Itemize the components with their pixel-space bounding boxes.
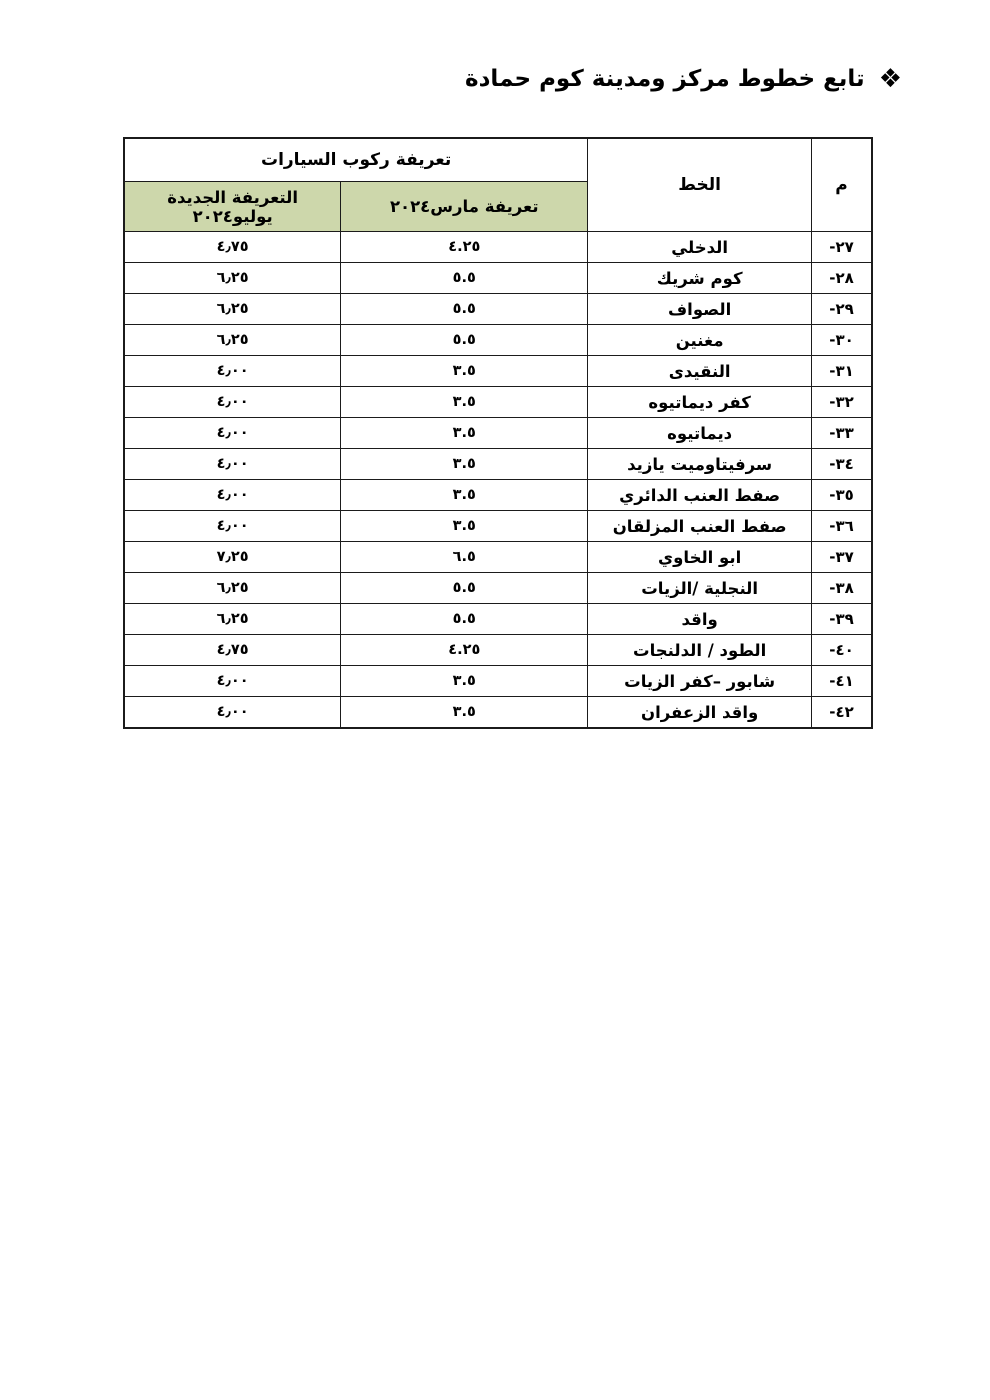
new-tariff-cell: ٤٫٠٠ bbox=[124, 511, 341, 542]
line-name-cell: الطود / الدلنجات bbox=[588, 635, 812, 666]
table-row: -٣٨ النجلية /الزيات ٥.٥ ٦٫٢٥ bbox=[124, 573, 872, 604]
document-page: ❖ تابع خطوط مركز ومدينة كوم حمادة م الخط… bbox=[0, 0, 990, 1400]
table-row: -٤١ شابور –كفر الزيات ٣.٥ ٤٫٠٠ bbox=[124, 666, 872, 697]
column-header-tariff-group: تعريفة ركوب السيارات bbox=[124, 138, 588, 182]
march-tariff-cell: ٥.٥ bbox=[341, 325, 588, 356]
march-tariff-cell: ٣.٥ bbox=[341, 666, 588, 697]
row-index-cell: -٢٧ bbox=[812, 232, 872, 263]
table-row: -٣٦ صفط العنب المزلقان ٣.٥ ٤٫٠٠ bbox=[124, 511, 872, 542]
march-tariff-cell: ٣.٥ bbox=[341, 387, 588, 418]
table-row: -٣٩ واقد ٥.٥ ٦٫٢٥ bbox=[124, 604, 872, 635]
table-row: -٤٠ الطود / الدلنجات ٤.٢٥ ٤٫٧٥ bbox=[124, 635, 872, 666]
table-row: -٣٥ صفط العنب الدائري ٣.٥ ٤٫٠٠ bbox=[124, 480, 872, 511]
column-header-line: الخط bbox=[588, 138, 812, 232]
new-tariff-cell: ٤٫٠٠ bbox=[124, 697, 341, 729]
table-row: -٢٨ كوم شريك ٥.٥ ٦٫٢٥ bbox=[124, 263, 872, 294]
line-name-cell: النقيدى bbox=[588, 356, 812, 387]
march-tariff-cell: ٣.٥ bbox=[341, 697, 588, 729]
march-tariff-cell: ٥.٥ bbox=[341, 604, 588, 635]
table-row: -٣٤ سرفيتاوميت يازيد ٣.٥ ٤٫٠٠ bbox=[124, 449, 872, 480]
line-name-cell: صفط العنب المزلقان bbox=[588, 511, 812, 542]
new-tariff-cell: ٤٫٠٠ bbox=[124, 449, 341, 480]
new-tariff-cell: ٦٫٢٥ bbox=[124, 294, 341, 325]
new-tariff-cell: ٤٫٧٥ bbox=[124, 232, 341, 263]
table-row: -٣٣ ديماتيوه ٣.٥ ٤٫٠٠ bbox=[124, 418, 872, 449]
march-tariff-cell: ٦.٥ bbox=[341, 542, 588, 573]
new-tariff-cell: ٤٫٠٠ bbox=[124, 356, 341, 387]
line-name-cell: واقد bbox=[588, 604, 812, 635]
row-index-cell: -٣٧ bbox=[812, 542, 872, 573]
march-tariff-cell: ٤.٢٥ bbox=[341, 635, 588, 666]
line-name-cell: كوم شريك bbox=[588, 263, 812, 294]
table-header: م الخط تعريفة ركوب السيارات تعريفة مارس٢… bbox=[124, 138, 872, 232]
line-name-cell: صفط العنب الدائري bbox=[588, 480, 812, 511]
table-row: -٣١ النقيدى ٣.٥ ٤٫٠٠ bbox=[124, 356, 872, 387]
table-row: -٢٩ الصواف ٥.٥ ٦٫٢٥ bbox=[124, 294, 872, 325]
row-index-cell: -٣٣ bbox=[812, 418, 872, 449]
row-index-cell: -٣٥ bbox=[812, 480, 872, 511]
new-tariff-cell: ٤٫٠٠ bbox=[124, 666, 341, 697]
row-index-cell: -٤١ bbox=[812, 666, 872, 697]
line-name-cell: ابو الخاوي bbox=[588, 542, 812, 573]
row-index-cell: -٣٦ bbox=[812, 511, 872, 542]
table-row: -٤٢ واقد الزعفران ٣.٥ ٤٫٠٠ bbox=[124, 697, 872, 729]
table-body: -٢٧ الدخلي ٤.٢٥ ٤٫٧٥ -٢٨ كوم شريك ٥.٥ ٦٫… bbox=[124, 232, 872, 729]
march-tariff-cell: ٣.٥ bbox=[341, 480, 588, 511]
row-index-cell: -٣١ bbox=[812, 356, 872, 387]
new-tariff-cell: ٦٫٢٥ bbox=[124, 263, 341, 294]
march-tariff-cell: ٣.٥ bbox=[341, 449, 588, 480]
line-name-cell: سرفيتاوميت يازيد bbox=[588, 449, 812, 480]
column-header-march-2024-tariff: تعريفة مارس٢٠٢٤ bbox=[341, 182, 588, 232]
march-tariff-cell: ٥.٥ bbox=[341, 294, 588, 325]
row-index-cell: -٢٨ bbox=[812, 263, 872, 294]
march-tariff-cell: ٣.٥ bbox=[341, 418, 588, 449]
line-name-cell: مغنين bbox=[588, 325, 812, 356]
new-tariff-cell: ٤٫٠٠ bbox=[124, 387, 341, 418]
tariff-table: م الخط تعريفة ركوب السيارات تعريفة مارس٢… bbox=[123, 137, 873, 729]
new-tariff-cell: ٦٫٢٥ bbox=[124, 604, 341, 635]
new-tariff-cell: ٧٫٢٥ bbox=[124, 542, 341, 573]
new-tariff-cell: ٦٫٢٥ bbox=[124, 573, 341, 604]
new-tariff-cell: ٤٫٧٥ bbox=[124, 635, 341, 666]
new-tariff-cell: ٤٫٠٠ bbox=[124, 418, 341, 449]
table-row: -٣٠ مغنين ٥.٥ ٦٫٢٥ bbox=[124, 325, 872, 356]
new-tariff-cell: ٦٫٢٥ bbox=[124, 325, 341, 356]
table-row: -٢٧ الدخلي ٤.٢٥ ٤٫٧٥ bbox=[124, 232, 872, 263]
row-index-cell: -٣٨ bbox=[812, 573, 872, 604]
line-name-cell: كفر ديماتيوه bbox=[588, 387, 812, 418]
line-name-cell: الدخلي bbox=[588, 232, 812, 263]
row-index-cell: -٣٠ bbox=[812, 325, 872, 356]
march-tariff-cell: ٥.٥ bbox=[341, 573, 588, 604]
line-name-cell: النجلية /الزيات bbox=[588, 573, 812, 604]
row-index-cell: -٤٠ bbox=[812, 635, 872, 666]
row-index-cell: -٣٩ bbox=[812, 604, 872, 635]
march-tariff-cell: ٤.٢٥ bbox=[341, 232, 588, 263]
march-tariff-cell: ٣.٥ bbox=[341, 511, 588, 542]
row-index-cell: -٣٢ bbox=[812, 387, 872, 418]
row-index-cell: -٣٤ bbox=[812, 449, 872, 480]
column-header-new-july-2024-tariff: التعريفة الجديدة يوليو٢٠٢٤ bbox=[124, 182, 341, 232]
row-index-cell: -٤٢ bbox=[812, 697, 872, 729]
table-row: -٣٢ كفر ديماتيوه ٣.٥ ٤٫٠٠ bbox=[124, 387, 872, 418]
line-name-cell: واقد الزعفران bbox=[588, 697, 812, 729]
page-title: تابع خطوط مركز ومدينة كوم حمادة bbox=[465, 66, 865, 92]
new-tariff-cell: ٤٫٠٠ bbox=[124, 480, 341, 511]
diamond-bullet-icon: ❖ bbox=[879, 66, 902, 92]
line-name-cell: الصواف bbox=[588, 294, 812, 325]
column-header-index: م bbox=[812, 138, 872, 232]
line-name-cell: ديماتيوه bbox=[588, 418, 812, 449]
march-tariff-cell: ٥.٥ bbox=[341, 263, 588, 294]
page-title-row: ❖ تابع خطوط مركز ومدينة كوم حمادة bbox=[465, 66, 902, 92]
line-name-cell: شابور –كفر الزيات bbox=[588, 666, 812, 697]
march-tariff-cell: ٣.٥ bbox=[341, 356, 588, 387]
table-row: -٣٧ ابو الخاوي ٦.٥ ٧٫٢٥ bbox=[124, 542, 872, 573]
row-index-cell: -٢٩ bbox=[812, 294, 872, 325]
